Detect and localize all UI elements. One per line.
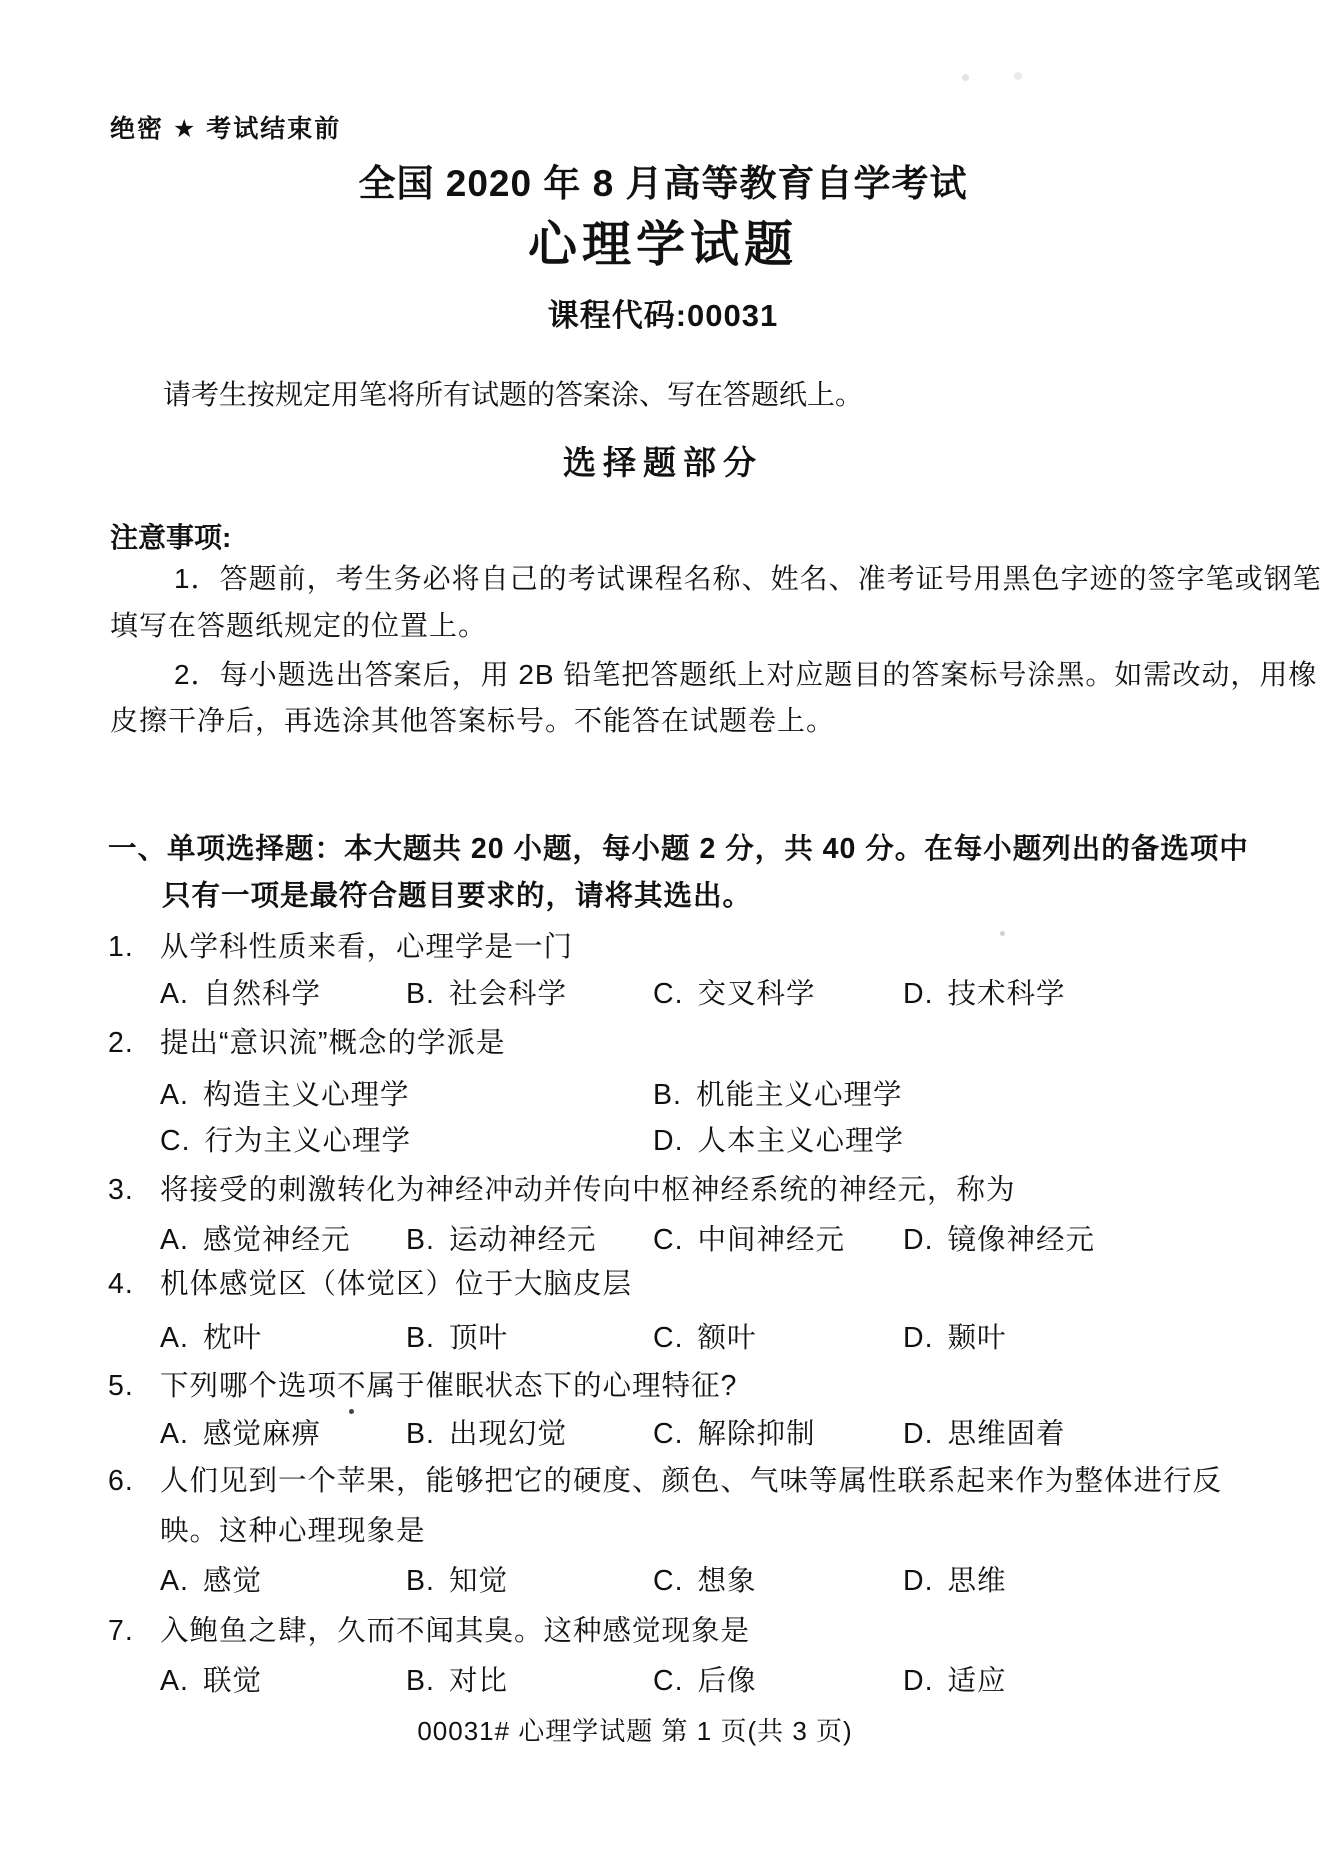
question-4: 4.机体感觉区（体觉区）位于大脑皮层 [108, 1267, 632, 1301]
option-4-a: A.枕叶 [160, 1321, 262, 1355]
part-one-heading-line-1: 一、单项选择题：本大题共 20 小题，每小题 2 分，共 40 分。在每小题列出… [108, 832, 1249, 866]
question-2-text: 提出“意识流”概念的学派是 [160, 1027, 505, 1059]
part-one-heading-line-2: 只有一项是最符合题目要求的，请将其选出。 [162, 879, 752, 913]
option-4-d: D.颞叶 [903, 1321, 1007, 1355]
section-title: 选择题部分 [0, 443, 1326, 483]
question-3-number: 3. [108, 1173, 160, 1207]
course-code: 课程代码:00031 [0, 297, 1326, 334]
notes-label: 注意事项: [110, 521, 231, 555]
question-1-number: 1. [108, 930, 160, 964]
question-5-number: 5. [108, 1369, 160, 1403]
question-4-text: 机体感觉区（体觉区）位于大脑皮层 [160, 1268, 632, 1300]
option-1-a: A.自然科学 [160, 977, 321, 1011]
scan-artifact-dot [1014, 72, 1022, 80]
question-6: 6.人们见到一个苹果，能够把它的硬度、颜色、气味等属性联系起来作为整体进行反 [108, 1464, 1222, 1498]
note-1-line-2: 填写在答题纸规定的位置上。 [110, 609, 487, 643]
note-1-line-1: 1．答题前，考生务必将自己的考试课程名称、姓名、准考证号用黑色字迹的签字笔或钢笔 [174, 562, 1322, 596]
question-3-text: 将接受的刺激转化为神经冲动并传向中枢神经系统的神经元，称为 [160, 1174, 1016, 1206]
option-7-c: C.后像 [653, 1664, 757, 1698]
exam-title-line1: 全国 2020 年 8 月高等教育自学考试 [0, 162, 1326, 206]
option-5-b: B.出现幻觉 [406, 1417, 567, 1451]
exam-paper-page: 绝密 ★ 考试结束前 全国 2020 年 8 月高等教育自学考试 心理学试题 课… [0, 0, 1326, 1849]
option-5-a: A.感觉麻痹 [160, 1417, 321, 1451]
option-6-b: B.知觉 [406, 1564, 508, 1598]
option-2-c: C.行为主义心理学 [160, 1124, 411, 1158]
note-2-line-1: 2．每小题选出答案后，用 2B 铅笔把答题纸上对应题目的答案标号涂黑。如需改动，… [174, 658, 1317, 692]
question-7-text: 入鲍鱼之肆，久而不闻其臭。这种感觉现象是 [160, 1615, 750, 1647]
question-2: 2.提出“意识流”概念的学派是 [108, 1026, 505, 1060]
option-2-a: A.构造主义心理学 [160, 1078, 409, 1112]
answer-sheet-instruction: 请考生按规定用笔将所有试题的答案涂、写在答题纸上。 [163, 378, 863, 412]
option-7-d: D.适应 [903, 1664, 1007, 1698]
option-5-c: C.解除抑制 [653, 1417, 816, 1451]
option-2-b: B.机能主义心理学 [653, 1078, 902, 1112]
question-4-number: 4. [108, 1267, 160, 1301]
option-3-d: D.镜像神经元 [903, 1223, 1095, 1257]
question-6-text-line-2: 映。这种心理现象是 [160, 1514, 426, 1548]
option-6-a: A.感觉 [160, 1564, 262, 1598]
option-3-a: A.感觉神经元 [160, 1223, 350, 1257]
option-7-b: B.对比 [406, 1664, 508, 1698]
question-7-number: 7. [108, 1614, 160, 1648]
question-5: 5.下列哪个选项不属于催眠状态下的心理特征? [108, 1369, 737, 1403]
option-1-d: D.技术科学 [903, 977, 1066, 1011]
question-3: 3.将接受的刺激转化为神经冲动并传向中枢神经系统的神经元，称为 [108, 1173, 1016, 1207]
exam-title: 心理学试题 [0, 216, 1326, 275]
question-2-number: 2. [108, 1026, 160, 1060]
question-5-text: 下列哪个选项不属于催眠状态下的心理特征? [160, 1370, 737, 1402]
classification-banner: 绝密 ★ 考试结束前 [110, 114, 341, 144]
emphasized-character: 不 [337, 1369, 367, 1403]
question-7: 7.入鲍鱼之肆，久而不闻其臭。这种感觉现象是 [108, 1614, 750, 1648]
question-6-text-line-1: 人们见到一个苹果，能够把它的硬度、颜色、气味等属性联系起来作为整体进行反 [160, 1465, 1222, 1497]
question-6-number: 6. [108, 1464, 160, 1498]
option-3-c: C.中间神经元 [653, 1223, 845, 1257]
page-footer: 00031# 心理学试题 第 1 页(共 3 页) [0, 1716, 1298, 1747]
option-1-b: B.社会科学 [406, 977, 567, 1011]
option-3-b: B.运动神经元 [406, 1223, 596, 1257]
question-1: 1.从学科性质来看，心理学是一门 [108, 930, 573, 964]
question-1-text: 从学科性质来看，心理学是一门 [160, 931, 573, 963]
option-4-b: B.顶叶 [406, 1321, 508, 1355]
option-6-d: D.思维 [903, 1564, 1007, 1598]
option-2-d: D.人本主义心理学 [653, 1124, 904, 1158]
option-1-c: C.交叉科学 [653, 977, 816, 1011]
scan-artifact-dot [962, 74, 969, 81]
note-2-line-2: 皮擦干净后，再选涂其他答案标号。不能答在试题卷上。 [110, 704, 835, 738]
option-5-d: D.思维固着 [903, 1417, 1066, 1451]
scan-artifact-dot [1000, 931, 1005, 936]
option-7-a: A.联觉 [160, 1664, 262, 1698]
option-4-c: C.额叶 [653, 1321, 757, 1355]
option-6-c: C.想象 [653, 1564, 757, 1598]
